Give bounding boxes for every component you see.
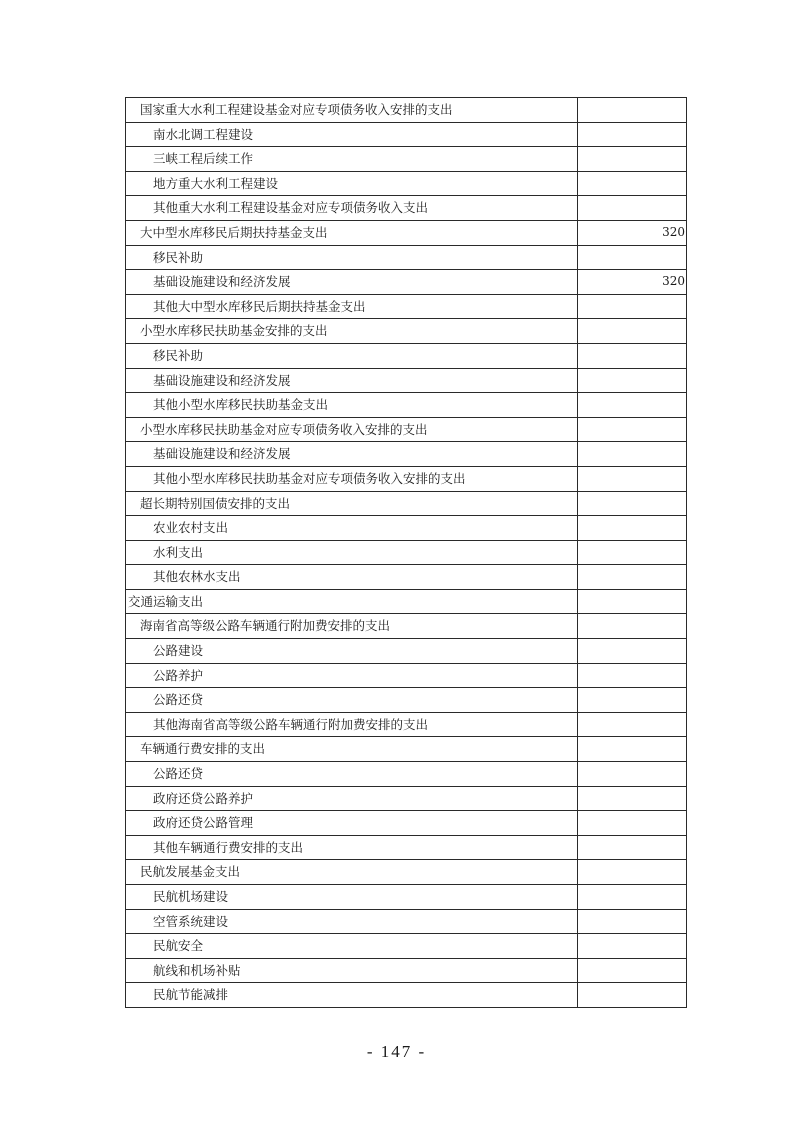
row-value [578, 639, 687, 664]
table-row: 超长期特别国债安排的支出 [126, 491, 687, 516]
row-value [578, 737, 687, 762]
row-label: 其他小型水库移民扶助基金支出 [126, 393, 578, 418]
table-row: 基础设施建设和经济发展320 [126, 270, 687, 295]
table-row: 交通运输支出 [126, 589, 687, 614]
row-value [578, 122, 687, 147]
table-row: 民航节能减排 [126, 983, 687, 1008]
table-row: 民航机场建设 [126, 885, 687, 910]
table-row: 大中型水库移民后期扶持基金支出320 [126, 220, 687, 245]
row-label: 基础设施建设和经济发展 [126, 368, 578, 393]
row-value [578, 663, 687, 688]
row-value [578, 196, 687, 221]
row-label: 超长期特别国债安排的支出 [126, 491, 578, 516]
row-value [578, 835, 687, 860]
table-row: 地方重大水利工程建设 [126, 171, 687, 196]
row-value [578, 614, 687, 639]
row-label: 南水北调工程建设 [126, 122, 578, 147]
table-row: 公路还贷 [126, 762, 687, 787]
table-row: 政府还贷公路养护 [126, 786, 687, 811]
row-value [578, 393, 687, 418]
row-value [578, 909, 687, 934]
row-value [578, 983, 687, 1008]
row-label: 航线和机场补贴 [126, 958, 578, 983]
row-label: 车辆通行费安排的支出 [126, 737, 578, 762]
row-label: 公路还贷 [126, 688, 578, 713]
row-value [578, 319, 687, 344]
row-label: 民航安全 [126, 934, 578, 959]
row-value [578, 589, 687, 614]
row-label: 空管系统建设 [126, 909, 578, 934]
table-row: 小型水库移民扶助基金安排的支出 [126, 319, 687, 344]
row-value [578, 343, 687, 368]
table-row: 其他小型水库移民扶助基金对应专项债务收入安排的支出 [126, 466, 687, 491]
row-label: 移民补助 [126, 245, 578, 270]
row-label: 其他车辆通行费安排的支出 [126, 835, 578, 860]
row-value [578, 565, 687, 590]
table-row: 空管系统建设 [126, 909, 687, 934]
table-row: 其他小型水库移民扶助基金支出 [126, 393, 687, 418]
row-value [578, 540, 687, 565]
row-label: 农业农村支出 [126, 516, 578, 541]
row-label: 其他大中型水库移民后期扶持基金支出 [126, 294, 578, 319]
table-row: 航线和机场补贴 [126, 958, 687, 983]
row-label: 其他小型水库移民扶助基金对应专项债务收入安排的支出 [126, 466, 578, 491]
table-row: 其他海南省高等级公路车辆通行附加费安排的支出 [126, 712, 687, 737]
table-row: 国家重大水利工程建设基金对应专项债务收入安排的支出 [126, 98, 687, 123]
table-row: 三峡工程后续工作 [126, 147, 687, 172]
row-label: 基础设施建设和经济发展 [126, 270, 578, 295]
expenditure-table: 国家重大水利工程建设基金对应专项债务收入安排的支出南水北调工程建设三峡工程后续工… [125, 97, 687, 1008]
table-row: 其他大中型水库移民后期扶持基金支出 [126, 294, 687, 319]
row-label: 基础设施建设和经济发展 [126, 442, 578, 467]
row-value [578, 442, 687, 467]
table-row: 公路还贷 [126, 688, 687, 713]
row-label: 大中型水库移民后期扶持基金支出 [126, 220, 578, 245]
row-value [578, 934, 687, 959]
table-row: 其他重大水利工程建设基金对应专项债务收入支出 [126, 196, 687, 221]
row-label: 小型水库移民扶助基金安排的支出 [126, 319, 578, 344]
table-row: 南水北调工程建设 [126, 122, 687, 147]
row-value [578, 958, 687, 983]
row-label: 其他重大水利工程建设基金对应专项债务收入支出 [126, 196, 578, 221]
row-value [578, 712, 687, 737]
row-value [578, 147, 687, 172]
row-value [578, 294, 687, 319]
table-row: 公路建设 [126, 639, 687, 664]
row-value [578, 98, 687, 123]
row-value [578, 171, 687, 196]
row-label: 移民补助 [126, 343, 578, 368]
row-label: 其他农林水支出 [126, 565, 578, 590]
table-row: 海南省高等级公路车辆通行附加费安排的支出 [126, 614, 687, 639]
row-value [578, 762, 687, 787]
row-value [578, 245, 687, 270]
row-value [578, 786, 687, 811]
row-value [578, 466, 687, 491]
row-label: 三峡工程后续工作 [126, 147, 578, 172]
table-row: 其他车辆通行费安排的支出 [126, 835, 687, 860]
row-label: 国家重大水利工程建设基金对应专项债务收入安排的支出 [126, 98, 578, 123]
table-row: 小型水库移民扶助基金对应专项债务收入安排的支出 [126, 417, 687, 442]
row-value: 320 [578, 220, 687, 245]
row-value [578, 417, 687, 442]
table-row: 农业农村支出 [126, 516, 687, 541]
row-value [578, 811, 687, 836]
row-label: 民航机场建设 [126, 885, 578, 910]
row-label: 政府还贷公路管理 [126, 811, 578, 836]
row-label: 交通运输支出 [126, 589, 578, 614]
row-value [578, 688, 687, 713]
row-value [578, 516, 687, 541]
table-row: 水利支出 [126, 540, 687, 565]
row-value [578, 368, 687, 393]
row-label: 民航发展基金支出 [126, 860, 578, 885]
table-row: 车辆通行费安排的支出 [126, 737, 687, 762]
row-label: 水利支出 [126, 540, 578, 565]
row-label: 其他海南省高等级公路车辆通行附加费安排的支出 [126, 712, 578, 737]
row-label: 公路建设 [126, 639, 578, 664]
row-label: 公路还贷 [126, 762, 578, 787]
row-label: 政府还贷公路养护 [126, 786, 578, 811]
row-value [578, 491, 687, 516]
row-label: 海南省高等级公路车辆通行附加费安排的支出 [126, 614, 578, 639]
row-label: 公路养护 [126, 663, 578, 688]
table-row: 移民补助 [126, 343, 687, 368]
table-body: 国家重大水利工程建设基金对应专项债务收入安排的支出南水北调工程建设三峡工程后续工… [126, 98, 687, 1008]
table-row: 移民补助 [126, 245, 687, 270]
row-label: 小型水库移民扶助基金对应专项债务收入安排的支出 [126, 417, 578, 442]
row-label: 民航节能减排 [126, 983, 578, 1008]
row-label: 地方重大水利工程建设 [126, 171, 578, 196]
table-row: 公路养护 [126, 663, 687, 688]
table-row: 基础设施建设和经济发展 [126, 368, 687, 393]
page-number: - 147 - [0, 1042, 793, 1062]
table-row: 基础设施建设和经济发展 [126, 442, 687, 467]
table-row: 政府还贷公路管理 [126, 811, 687, 836]
row-value [578, 860, 687, 885]
table-row: 民航安全 [126, 934, 687, 959]
row-value: 320 [578, 270, 687, 295]
table-row: 民航发展基金支出 [126, 860, 687, 885]
table-row: 其他农林水支出 [126, 565, 687, 590]
row-value [578, 885, 687, 910]
